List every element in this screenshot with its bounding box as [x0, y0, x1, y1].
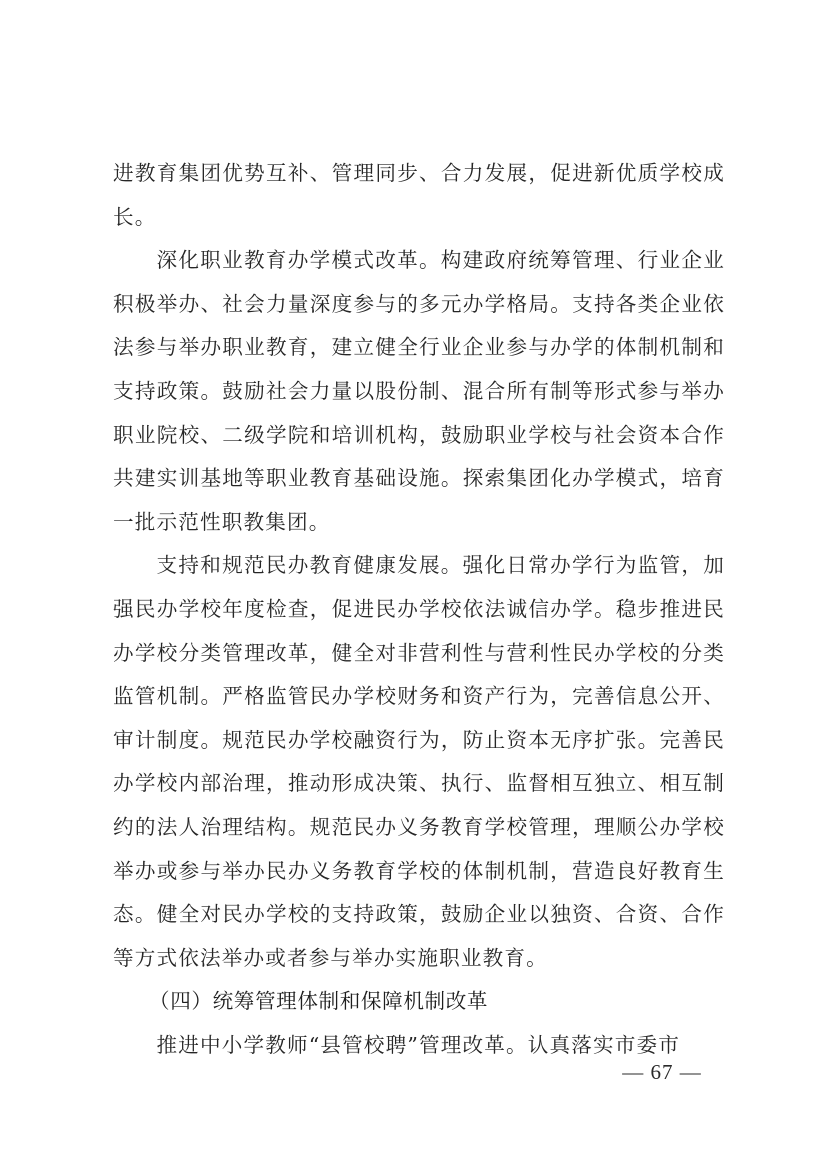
- paragraph-continuation: 进教育集团优势互补、管理同步、合力发展，促进新优质学校成长。: [113, 152, 725, 239]
- paragraph-vocational-education-reform: 深化职业教育办学模式改革。构建政府统筹管理、行业企业积极举办、社会力量深度参与的…: [113, 239, 725, 544]
- page-number: — 67 —: [612, 1060, 712, 1085]
- section-heading: （四）统筹管理体制和保障机制改革: [113, 980, 725, 1024]
- document-page: 进教育集团优势互补、管理同步、合力发展，促进新优质学校成长。 深化职业教育办学模…: [113, 152, 725, 1067]
- paragraph-private-education-development: 支持和规范民办教育健康发展。强化日常办学行为监管，加强民办学校年度检查，促进民办…: [113, 544, 725, 980]
